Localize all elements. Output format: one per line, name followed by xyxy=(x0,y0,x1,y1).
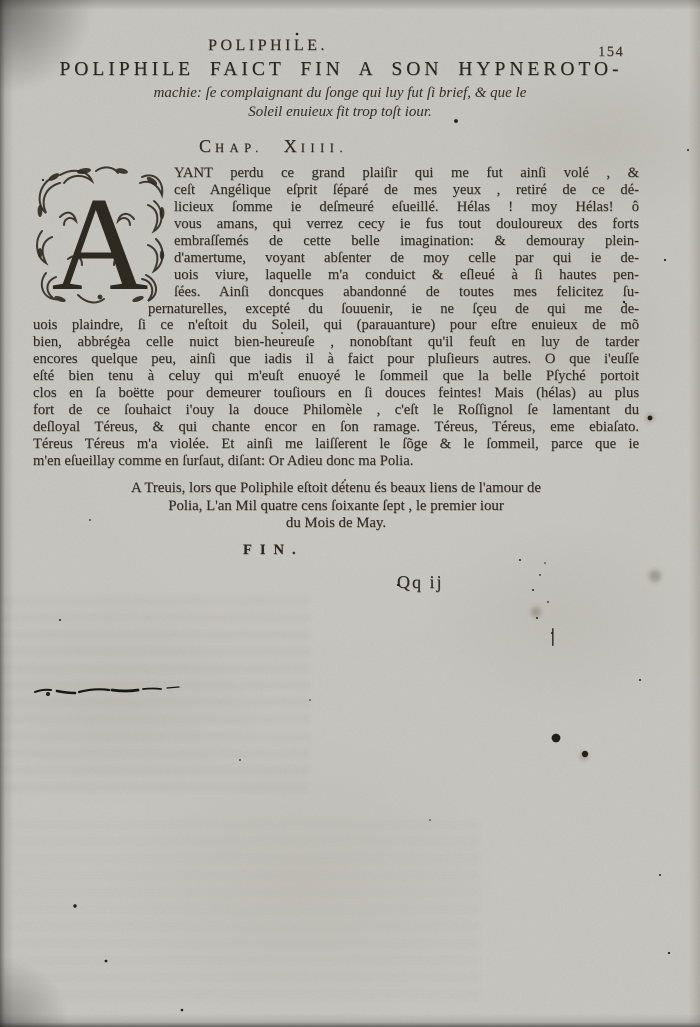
body-line: uois plaindre, ſi ce n'eſtoit du Soleil,… xyxy=(33,317,639,334)
body-line: ſées. Ainſi doncques abandonné de toutes… xyxy=(33,284,639,301)
chapter-heading: CHAP. XIIII. xyxy=(199,136,348,157)
chapter-subtitle: machie: ſe complaignant du ſonge qui luy… xyxy=(40,84,640,122)
verso-showthrough xyxy=(10,820,480,1005)
body-line: encores quelque peu, ainſi que iadis il … xyxy=(33,351,639,368)
body-line: d'amertume, voyant abſenter de moy celle… xyxy=(33,250,639,267)
colophon: A Treuis, lors que Poliphile eſtoit déte… xyxy=(33,480,639,533)
body-line: embraſſemés de cette belle imagination: … xyxy=(33,233,639,250)
body-line: bien, abbrégea celle nuict bien-heureuſe… xyxy=(33,334,639,351)
subtitle-line: Soleil enuieux fit trop toſt iour. xyxy=(40,103,640,122)
body-line: pernaturelles, excepté du ſouuenir, ie n… xyxy=(33,301,639,318)
ink-scratch xyxy=(35,687,179,693)
signature-mark: Qq ij xyxy=(397,572,444,593)
colophon-line: A Treuis, lors que Poliphile eſtoit déte… xyxy=(33,480,639,498)
body-text: YANT perdu ce grand plaiſir qui me fut a… xyxy=(33,165,639,470)
fin-label: FIN. xyxy=(243,542,304,559)
body-line: eſté bien tenu à celuy qui m'euſt enuoyé… xyxy=(33,368,639,385)
body-line: YANT perdu ce grand plaiſir qui me fut a… xyxy=(33,165,639,182)
chapter-label: CHAP. xyxy=(199,136,264,157)
subtitle-line: machie: ſe complaignant du ſonge qui luy… xyxy=(40,84,640,103)
scanned-book-page: POLIPHILE. 154 POLIPHILE FAICT FIN A SON… xyxy=(0,0,700,1027)
body-line: m'en eſueillay comme en ſurſaut, diſant:… xyxy=(33,453,639,470)
body-line: uois viure, laquelle m'a conduict & eſle… xyxy=(33,267,639,284)
body-line: fort de ce ſouhaict i'ouy la douce Philo… xyxy=(33,402,639,419)
colophon-line: Polia, L'an Mil quatre cens ſoixante ſep… xyxy=(33,498,639,516)
body-line: vous amans, qui verrez cecy ie fus tout … xyxy=(33,216,639,233)
chapter-title: POLIPHILE FAICT FIN A SON HYPNEROTO- xyxy=(20,59,662,81)
chapter-number: XIIII. xyxy=(284,136,348,157)
colophon-line: du Mois de May. xyxy=(33,515,639,533)
body-line: ceſt Angélique eſprit ſéparé de mes yeux… xyxy=(33,182,639,199)
body-line: licieux ſomme ie deſmeuré eſueillé. Héla… xyxy=(33,199,639,216)
body-line: Téreus Téreus m'a violée. Et ainſi me la… xyxy=(33,436,639,453)
verso-showthrough xyxy=(0,596,310,796)
running-head: POLIPHILE. xyxy=(33,37,503,55)
body-line: deſloyal Téreus, & qui chante encor en ſ… xyxy=(33,419,639,436)
body-line: clos en ſa boëtte pour demeurer touſiour… xyxy=(33,385,639,402)
